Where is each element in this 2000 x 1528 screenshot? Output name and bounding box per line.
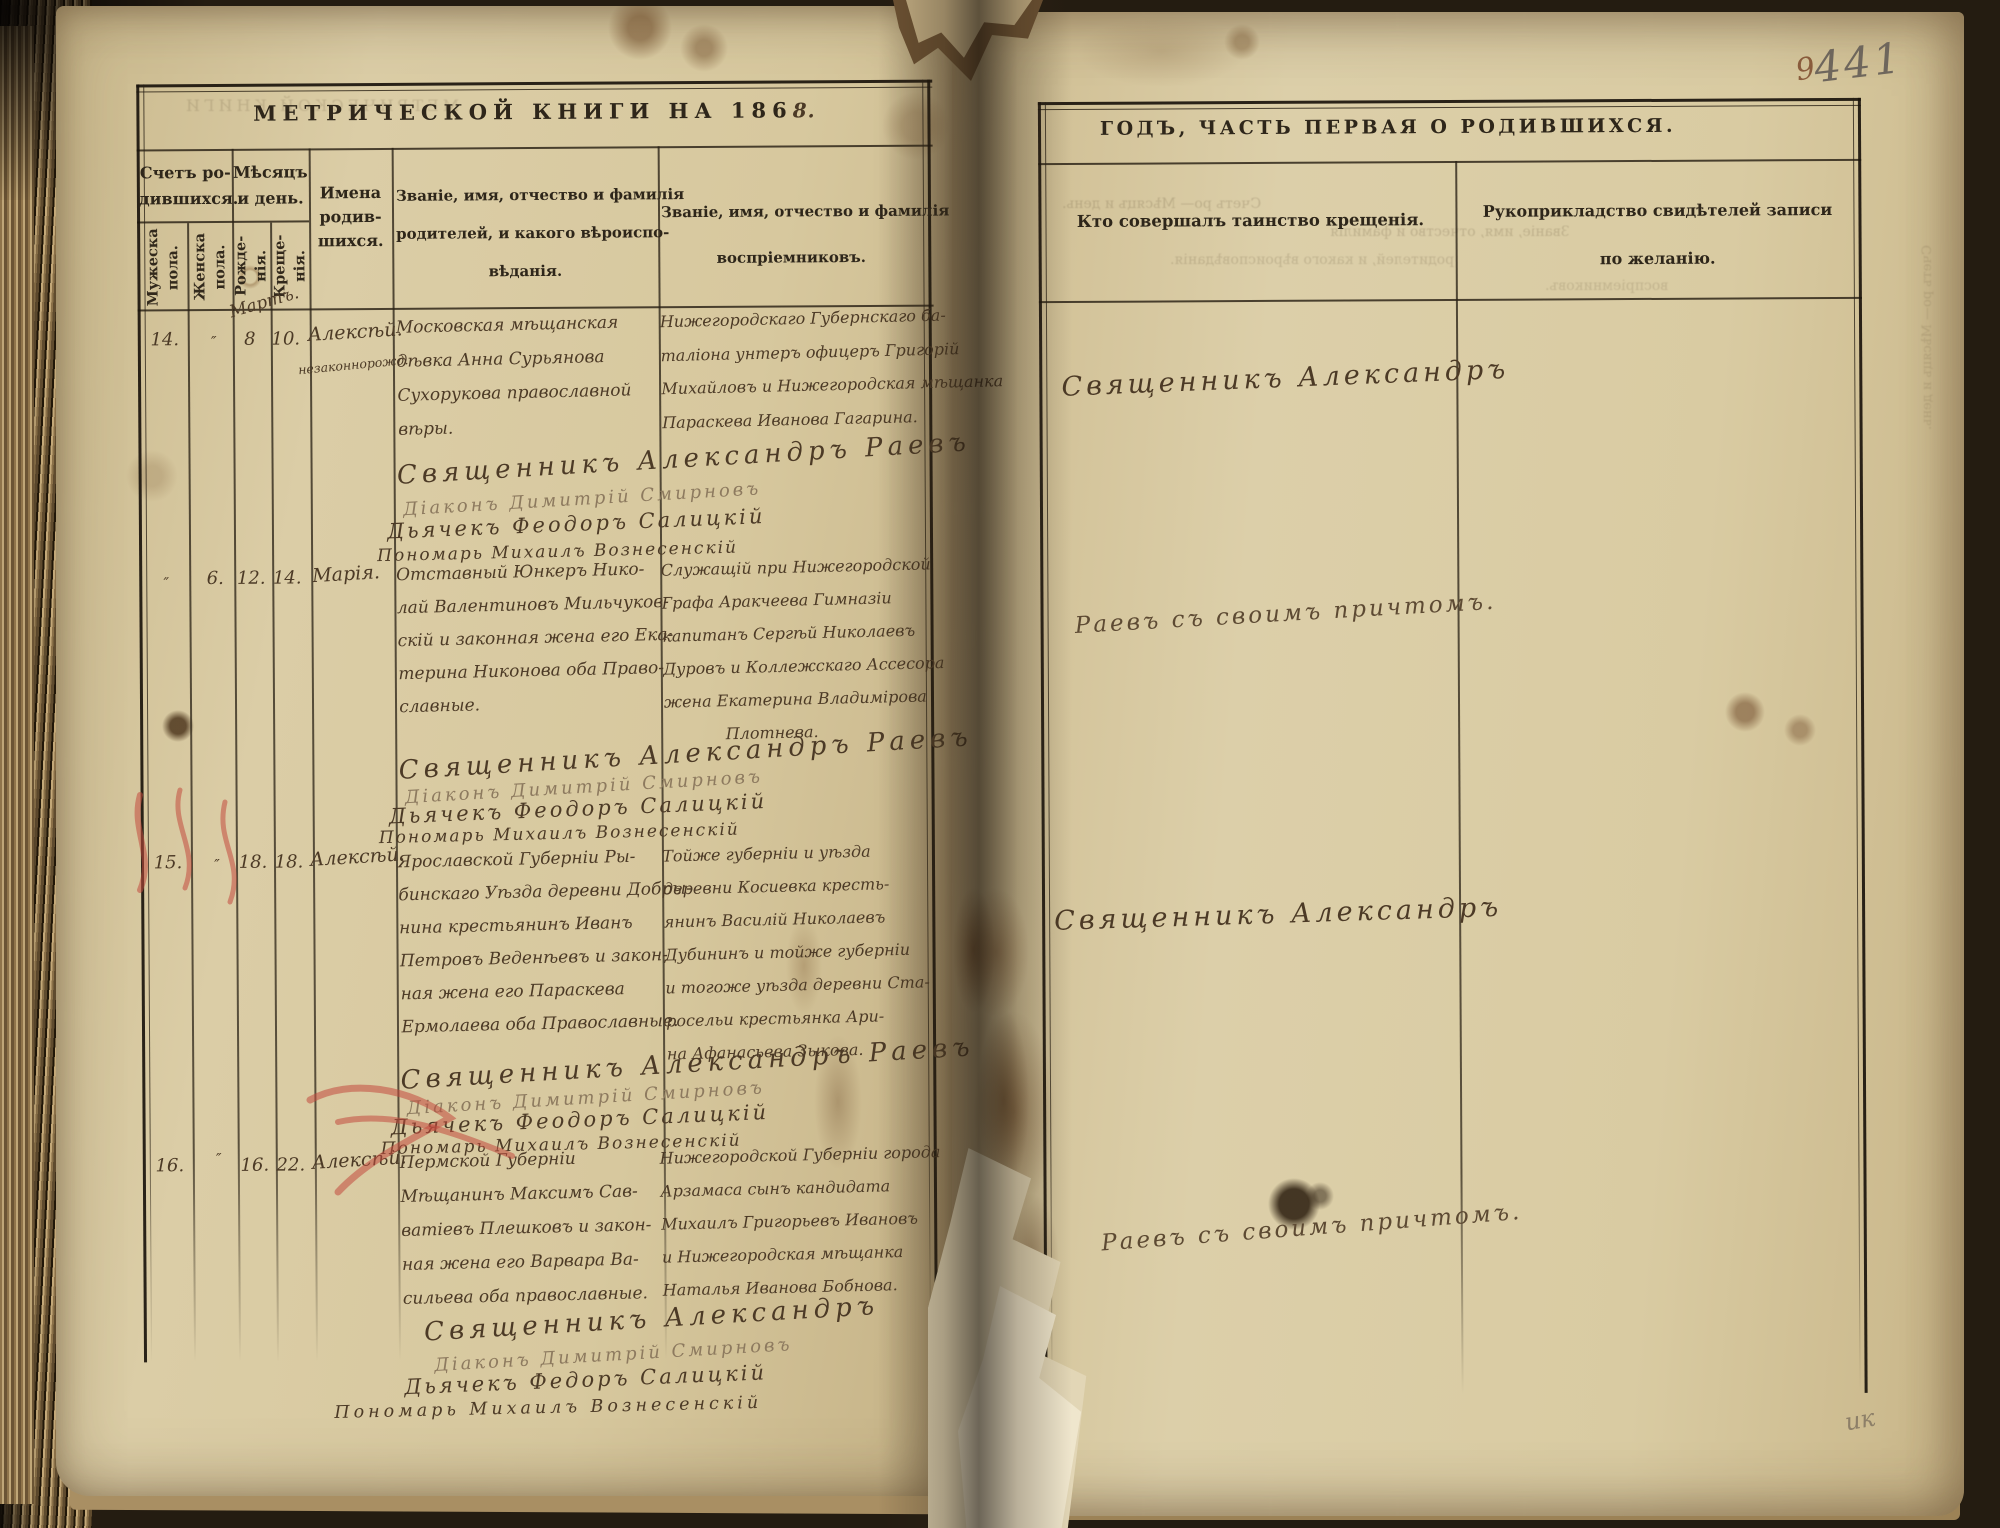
col-header-officiant: Кто совершалъ таинство крещенія. — [1055, 210, 1445, 231]
corner-pencil-mark: ик — [1843, 1404, 1877, 1437]
col-header-witnesses: Рукоприкладство свидѣтелей записи по жел… — [1467, 186, 1847, 284]
record-officiant: Священникъ Александръ — [1061, 354, 1510, 403]
table-line — [1038, 159, 1861, 165]
red-pencil-marks — [110, 760, 550, 1220]
record-officiant: Раевъ съ своимъ причтомъ. — [1074, 589, 1497, 639]
record-officiant: Раевъ съ своимъ причтомъ. — [1100, 1199, 1523, 1257]
table-line — [1039, 297, 1862, 303]
record-officiant: Священникъ Александръ — [1054, 892, 1503, 937]
book-scan: МЕТРИЧЕСКОЙ КНИГИ Счетъ ро— Мѣсяцъ и ден… — [0, 0, 2000, 1528]
right-page-title: ГОДЪ, ЧАСТЬ ПЕРВАЯ О РОДИВШИХСЯ. — [1038, 114, 1738, 140]
table-line — [1038, 98, 1861, 105]
table-line — [1038, 105, 1861, 110]
